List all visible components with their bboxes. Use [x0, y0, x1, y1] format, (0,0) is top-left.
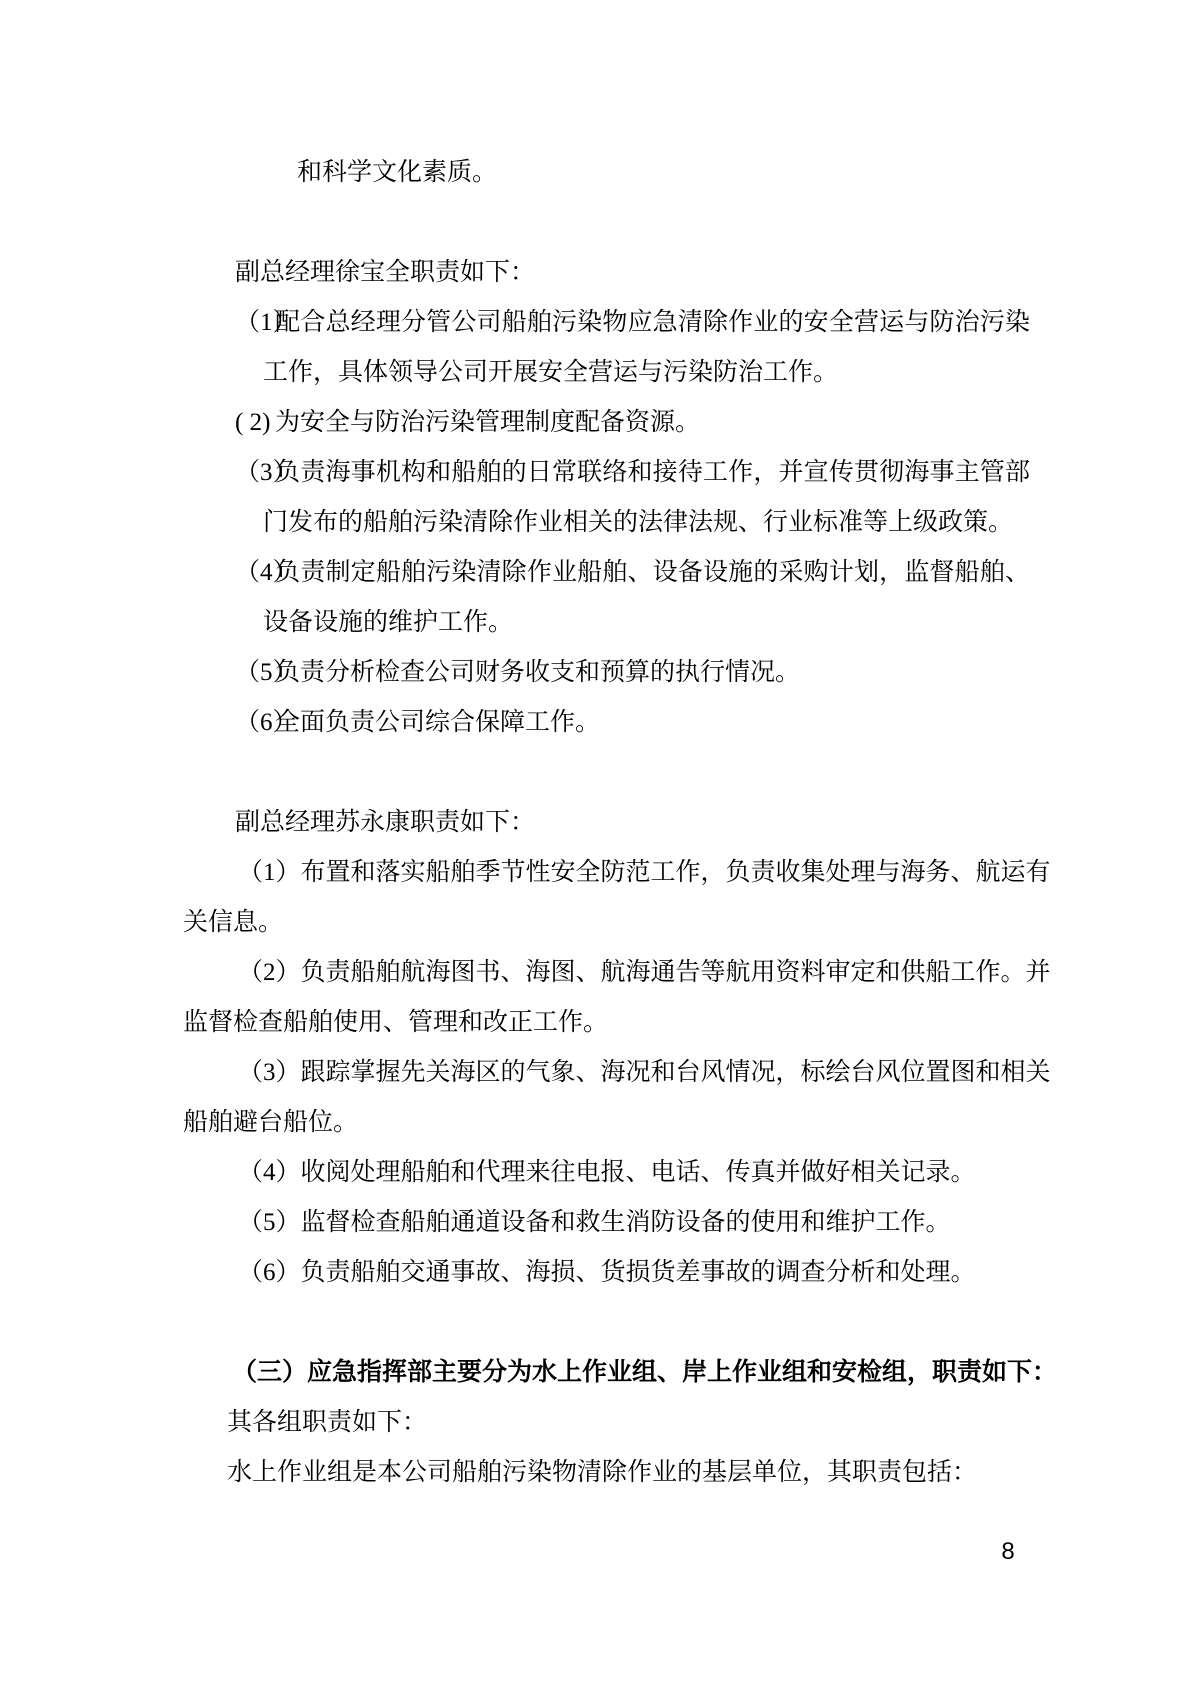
list-item-line: ( 2)为安全与防治污染管理制度配备资源。 — [183, 398, 1030, 448]
paragraph-continuation-line: 船舶避台船位。 — [183, 1098, 1030, 1148]
list-item-text: 负责分析检查公司财务收支和预算的执行情况。 — [275, 659, 800, 686]
section-heading-suyongkang: 副总经理苏永康职责如下： — [183, 798, 1030, 848]
list-item-text: 负责制定船舶污染清除作业船舶、设备设施的采购计划，监督船舶、 — [275, 559, 1030, 586]
paragraph-first-line: （2）负责船舶航海图书、海图、航海通告等航用资料审定和供船工作。并 — [183, 948, 1030, 998]
paragraph-first-line: （3）跟踪掌握先关海区的气象、海况和台风情况，标绘台风位置图和相关 — [183, 1048, 1030, 1098]
document-page: 和科学文化素质。 副总经理徐宝全职责如下： （1）配合总经理分管公司船舶污染物应… — [0, 0, 1191, 1684]
list-item-number: （6） — [235, 698, 275, 748]
paragraph-first-line: （5）监督检查船舶通道设备和救生消防设备的使用和维护工作。 — [183, 1198, 1030, 1248]
emphasis-heading: （三）应急指挥部主要分为水上作业组、岸上作业组和安检组，职责如下： — [183, 1348, 1030, 1398]
blank-line — [183, 748, 1030, 798]
blank-line — [183, 198, 1030, 248]
list-item-text: 全面负责公司综合保障工作。 — [275, 709, 600, 736]
blank-line — [183, 1298, 1030, 1348]
list-item-number: （1） — [235, 298, 275, 348]
list-item-line: （5）负责分析检查公司财务收支和预算的执行情况。 — [183, 648, 1030, 698]
list-item-line: （4）负责制定船舶污染清除作业船舶、设备设施的采购计划，监督船舶、 — [183, 548, 1030, 598]
paragraph-continuation-line: 监督检查船舶使用、管理和改正工作。 — [183, 998, 1030, 1048]
body-text-line: 水上作业组是本公司船舶污染物清除作业的基层单位，其职责包括： — [183, 1448, 1030, 1498]
list-item-continuation-line: 工作，具体领导公司开展安全营运与污染防治工作。 — [183, 348, 1030, 398]
list-item-number: （4） — [235, 548, 275, 598]
list-item-continuation-line: 门发布的船舶污染清除作业相关的法律法规、行业标准等上级政策。 — [183, 498, 1030, 548]
list-item-text: 配合总经理分管公司船舶污染物应急清除作业的安全营运与防治污染 — [275, 309, 1030, 336]
body-text-line: 其各组职责如下： — [183, 1398, 1030, 1448]
page-number: 8 — [992, 1537, 1024, 1567]
paragraph-first-line: （1）布置和落实船舶季节性安全防范工作，负责收集处理与海务、航运有 — [183, 848, 1030, 898]
section-heading-xubaoquan: 副总经理徐宝全职责如下： — [183, 248, 1030, 298]
list-item-number: （3） — [235, 448, 275, 498]
list-item-line: （1）配合总经理分管公司船舶污染物应急清除作业的安全营运与防治污染 — [183, 298, 1030, 348]
carryover-text-line: 和科学文化素质。 — [183, 148, 1030, 198]
list-item-line: （3）负责海事机构和船舶的日常联络和接待工作，并宣传贯彻海事主管部 — [183, 448, 1030, 498]
page-body: 和科学文化素质。 副总经理徐宝全职责如下： （1）配合总经理分管公司船舶污染物应… — [183, 148, 1030, 1498]
paragraph-first-line: （6）负责船舶交通事故、海损、货损货差事故的调查分析和处理。 — [183, 1248, 1030, 1298]
list-item-text: 负责海事机构和船舶的日常联络和接待工作，并宣传贯彻海事主管部 — [275, 459, 1030, 486]
paragraph-first-line: （4）收阅处理船舶和代理来往电报、电话、传真并做好相关记录。 — [183, 1148, 1030, 1198]
list-item-text: 为安全与防治污染管理制度配备资源。 — [275, 409, 700, 436]
list-item-continuation-line: 设备设施的维护工作。 — [183, 598, 1030, 648]
list-item-number: ( 2) — [235, 398, 275, 448]
list-item-line: （6）全面负责公司综合保障工作。 — [183, 698, 1030, 748]
list-item-number: （5） — [235, 648, 275, 698]
paragraph-continuation-line: 关信息。 — [183, 898, 1030, 948]
